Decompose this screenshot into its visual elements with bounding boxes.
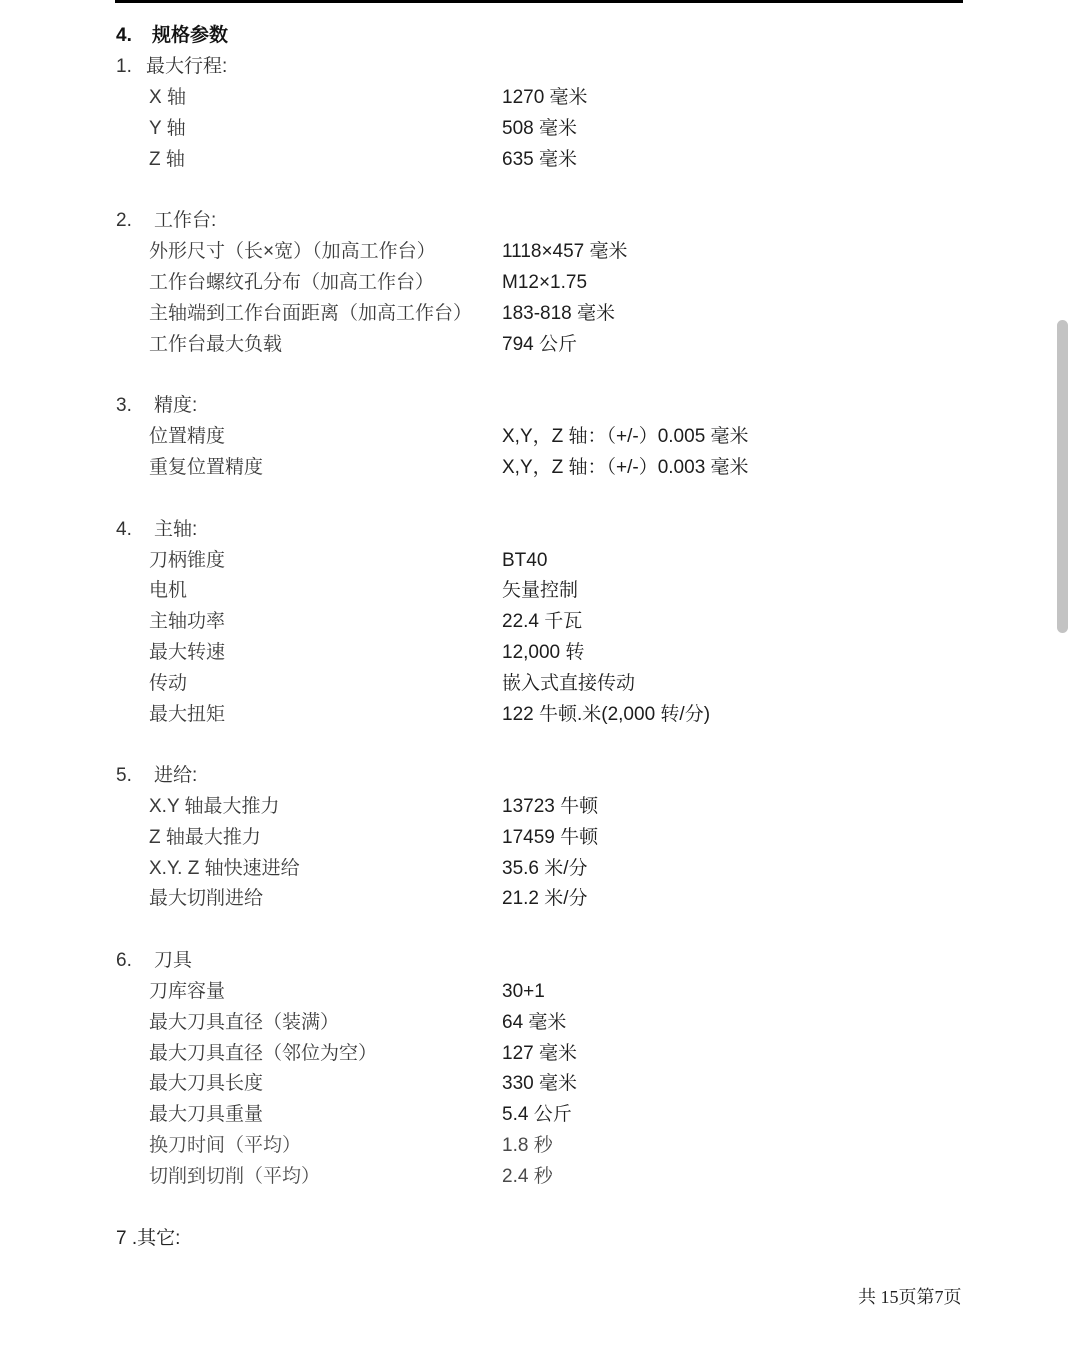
spec-value: X,Y，Z 轴：（+/-）0.003 毫米 — [502, 453, 749, 483]
section-heading-accuracy: 3.精度: — [116, 391, 197, 421]
spec-value: 17459 牛顿 — [502, 823, 598, 853]
spec-label: X.Y 轴最大推力 — [149, 792, 280, 822]
spec-value: 794 公斤 — [502, 330, 577, 360]
spec-label: X 轴 — [149, 83, 186, 113]
spec-label: 工作台螺纹孔分布（加高工作台） — [149, 268, 434, 298]
spec-value: 635 毫米 — [502, 145, 577, 175]
spec-label: 最大刀具直径（装满） — [149, 1008, 339, 1038]
section-heading-tooling: 6.刀具 — [116, 946, 192, 976]
section-heading-other: 7 .其它: — [116, 1224, 180, 1254]
spec-label: Z 轴 — [149, 145, 185, 175]
spec-value: 330 毫米 — [502, 1069, 577, 1099]
scrollbar-thumb[interactable] — [1057, 320, 1068, 633]
spec-value: 122 牛顿.米(2,000 转/分) — [502, 700, 710, 730]
spec-value: M12×1.75 — [502, 268, 587, 298]
spec-value: 64 毫米 — [502, 1008, 566, 1038]
spec-value: 127 毫米 — [502, 1039, 577, 1069]
spec-value: BT40 — [502, 546, 547, 576]
spec-value: X,Y，Z 轴：（+/-）0.005 毫米 — [502, 422, 749, 452]
section-heading-worktable: 2.工作台: — [116, 206, 216, 236]
spec-label: 最大扭矩 — [149, 700, 225, 730]
section-heading-travel: 1.最大行程: — [116, 52, 227, 82]
vertical-scrollbar[interactable] — [1052, 0, 1072, 1354]
spec-label: 最大刀具直径（邻位为空） — [149, 1039, 377, 1069]
spec-value: 2.4 秒 — [502, 1162, 553, 1192]
spec-label: 重复位置精度 — [149, 453, 263, 483]
spec-label: 工作台最大负载 — [149, 330, 282, 360]
spec-label: 最大切削进给 — [149, 884, 263, 914]
spec-value: 183-818 毫米 — [502, 299, 615, 329]
spec-label: 传动 — [149, 669, 187, 699]
spec-value: 22.4 千瓦 — [502, 607, 582, 637]
spec-label: 位置精度 — [149, 422, 225, 452]
page-title: 4.规格参数 — [116, 21, 228, 51]
spec-label: X.Y. Z 轴快速进给 — [149, 854, 300, 884]
spec-value: 30+1 — [502, 977, 545, 1007]
spec-value: 5.4 公斤 — [502, 1100, 572, 1130]
spec-value: 21.2 米/分 — [502, 884, 588, 914]
spec-value: 1118×457 毫米 — [502, 237, 628, 267]
spec-label: Z 轴最大推力 — [149, 823, 261, 853]
spec-value: 35.6 米/分 — [502, 854, 588, 884]
spec-label: 最大刀具长度 — [149, 1069, 263, 1099]
spec-value: 1.8 秒 — [502, 1131, 553, 1161]
spec-value: 508 毫米 — [502, 114, 577, 144]
section-heading-feed: 5.进给: — [116, 761, 197, 791]
spec-value: 嵌入式直接传动 — [502, 669, 635, 699]
spec-label: 刀柄锥度 — [149, 546, 225, 576]
spec-value: 矢量控制 — [502, 576, 578, 606]
spec-label: 外形尺寸（长×宽）（加高工作台） — [149, 237, 436, 267]
header-rule — [115, 0, 963, 3]
spec-label: 换刀时间（平均） — [149, 1131, 301, 1161]
page-indicator: 共 15页第7页 — [858, 1283, 962, 1309]
spec-label: 电机 — [149, 576, 187, 606]
spec-label: 切削到切削（平均） — [149, 1162, 320, 1192]
spec-value: 12,000 转 — [502, 638, 584, 668]
section-heading-spindle: 4.主轴: — [116, 515, 197, 545]
spec-value: 1270 毫米 — [502, 83, 588, 113]
spec-label: 最大刀具重量 — [149, 1100, 263, 1130]
spec-label: 最大转速 — [149, 638, 225, 668]
spec-label: Y 轴 — [149, 114, 186, 144]
spec-label: 主轴端到工作台面距离（加高工作台） — [149, 299, 472, 329]
spec-label: 刀库容量 — [149, 977, 225, 1007]
spec-label: 主轴功率 — [149, 607, 225, 637]
spec-value: 13723 牛顿 — [502, 792, 598, 822]
